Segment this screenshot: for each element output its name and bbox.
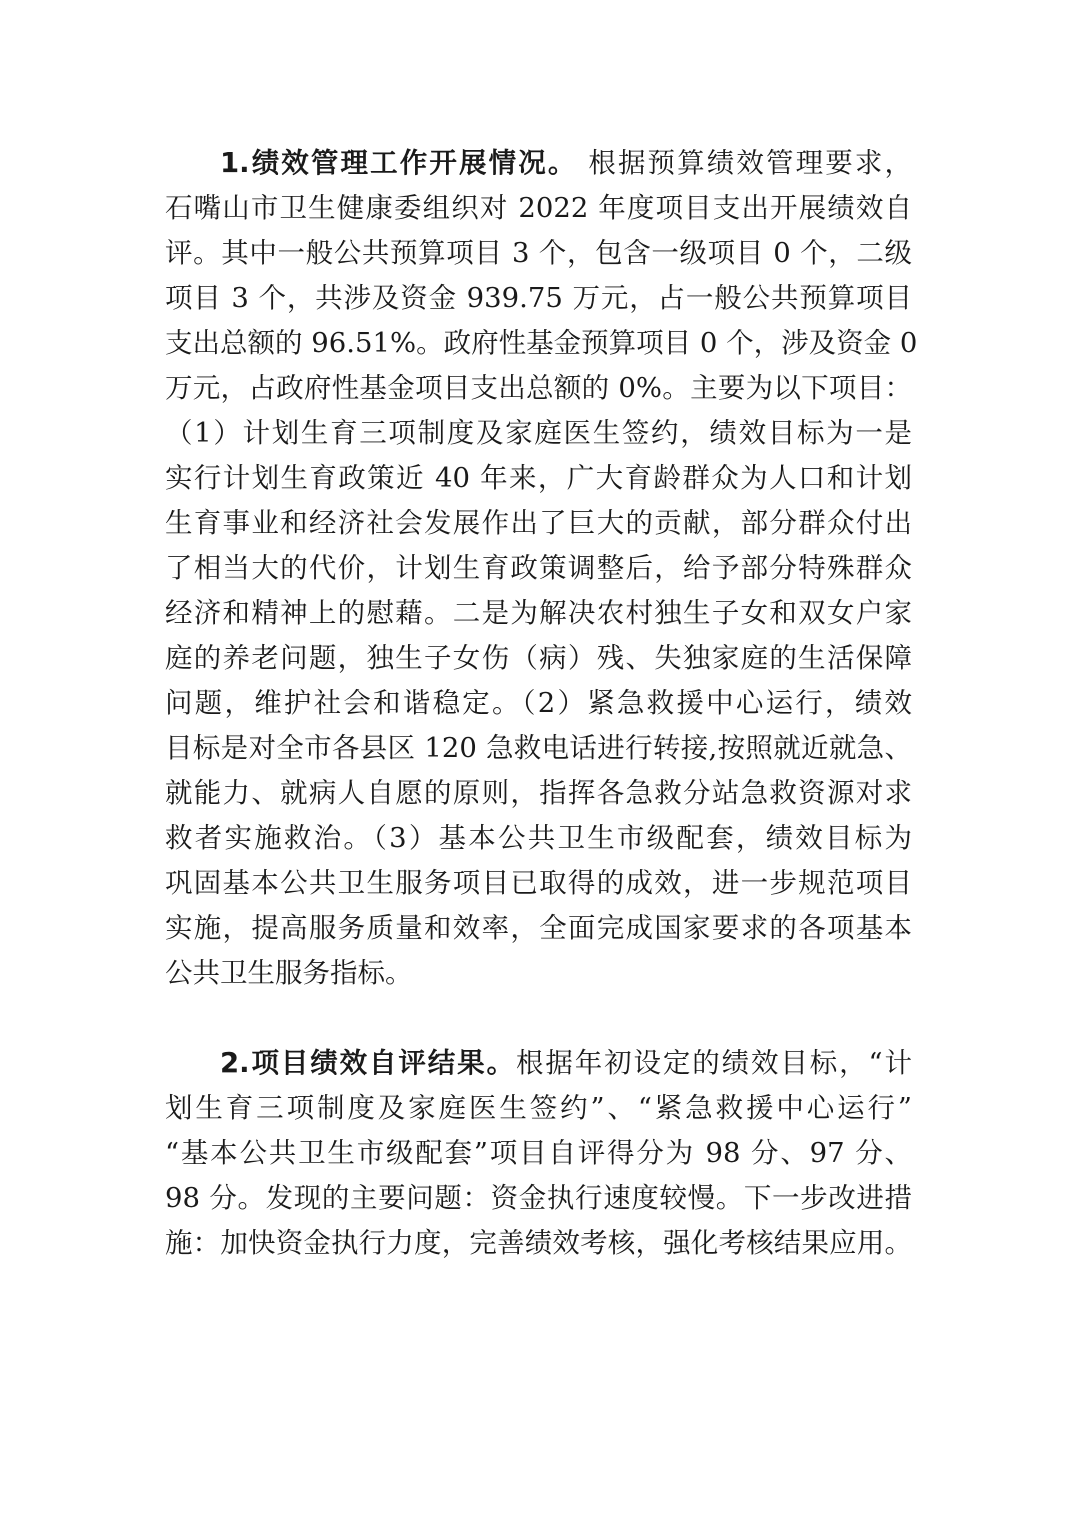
paragraph-line: 实行计划生育政策近 40 年来，广大育龄群众为人口和计划	[165, 456, 912, 501]
paragraph-line: 目标是对全市各县区 120 急救电话进行转接,按照就近就急、	[165, 726, 912, 771]
paragraph-line: 公共卫生服务指标。	[165, 951, 912, 996]
paragraph-line: 划生育三项制度及家庭医生签约”、“紧急救援中心运行”	[165, 1086, 912, 1131]
paragraph-line: 就能力、就病人自愿的原则，指挥各急救分站急救资源对求	[165, 771, 912, 816]
section2-heading: 2.项目绩效自评结果。	[220, 1047, 516, 1079]
paragraph-line: 生育事业和经济社会发展作出了巨大的贡献，部分群众付出	[165, 501, 912, 546]
paragraph-line: （1）计划生育三项制度及家庭医生签约，绩效目标为一是	[165, 411, 912, 456]
paragraph-line: “基本公共卫生市级配套”项目自评得分为 98 分、97 分、	[165, 1131, 912, 1176]
section1-heading: 1.绩效管理工作开展情况。	[220, 147, 577, 179]
paragraph-line: 支出总额的 96.51%。政府性基金预算项目 0 个，涉及资金 0	[165, 321, 912, 366]
paragraph-line: 万元，占政府性基金项目支出总额的 0%。主要为以下项目：	[165, 366, 912, 411]
section1-first-line: 1.绩效管理工作开展情况。 根据预算绩效管理要求，	[220, 141, 912, 186]
paragraph-line: 评。其中一般公共预算项目 3 个，包含一级项目 0 个，二级	[165, 231, 912, 276]
section2-first-line: 2.项目绩效自评结果。根据年初设定的绩效目标，“计	[220, 1041, 912, 1086]
paragraph-line: 巩固基本公共卫生服务项目已取得的成效，进一步规范项目	[165, 861, 912, 906]
paragraph-line: 施：加快资金执行力度，完善绩效考核，强化考核结果应用。	[165, 1221, 912, 1266]
paragraph-line: 经济和精神上的慰藉。二是为解决农村独生子女和双女户家	[165, 591, 912, 636]
section2-text: 根据年初设定的绩效目标，“计	[516, 1047, 912, 1079]
document-page: 1.绩效管理工作开展情况。 根据预算绩效管理要求， 石嘴山市卫生健康委组织对 2…	[0, 0, 1074, 1520]
paragraph-line: 了相当大的代价，计划生育政策调整后，给予部分特殊群众	[165, 546, 912, 591]
paragraph-line: 98 分。发现的主要问题：资金执行速度较慢。下一步改进措	[165, 1176, 912, 1221]
paragraph-line: 项目 3 个，共涉及资金 939.75 万元，占一般公共预算项目	[165, 276, 912, 321]
paragraph-line: 石嘴山市卫生健康委组织对 2022 年度项目支出开展绩效自	[165, 186, 912, 231]
paragraph-line: 救者实施救治。（3）基本公共卫生市级配套，绩效目标为	[165, 816, 912, 861]
paragraph-line: 实施，提高服务质量和效率，全面完成国家要求的各项基本	[165, 906, 912, 951]
section1-text: 根据预算绩效管理要求，	[577, 147, 912, 179]
paragraph-line: 庭的养老问题，独生子女伤（病）残、失独家庭的生活保障	[165, 636, 912, 681]
paragraph-line: 问题，维护社会和谐稳定。（2）紧急救援中心运行，绩效	[165, 681, 912, 726]
